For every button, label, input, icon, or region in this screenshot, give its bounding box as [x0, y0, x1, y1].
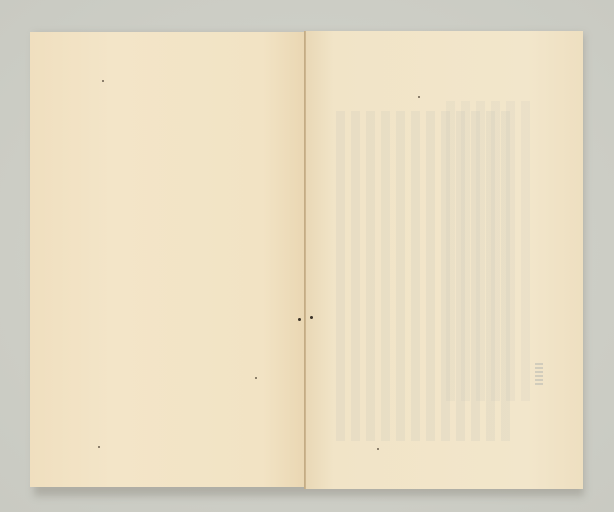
show-through-page-number	[535, 363, 543, 385]
paper-speck	[377, 448, 379, 450]
right-page	[306, 31, 583, 489]
paper-speck	[102, 80, 104, 82]
open-book	[30, 28, 583, 492]
left-page-text	[30, 32, 31, 33]
show-through-text	[446, 101, 536, 401]
paper-speck	[418, 96, 420, 98]
paper-speck	[255, 377, 257, 379]
binding-thread-mark	[298, 318, 301, 321]
right-page-text	[306, 31, 307, 32]
paper-speck	[98, 446, 100, 448]
left-page	[30, 32, 305, 487]
binding-thread-mark	[310, 316, 313, 319]
